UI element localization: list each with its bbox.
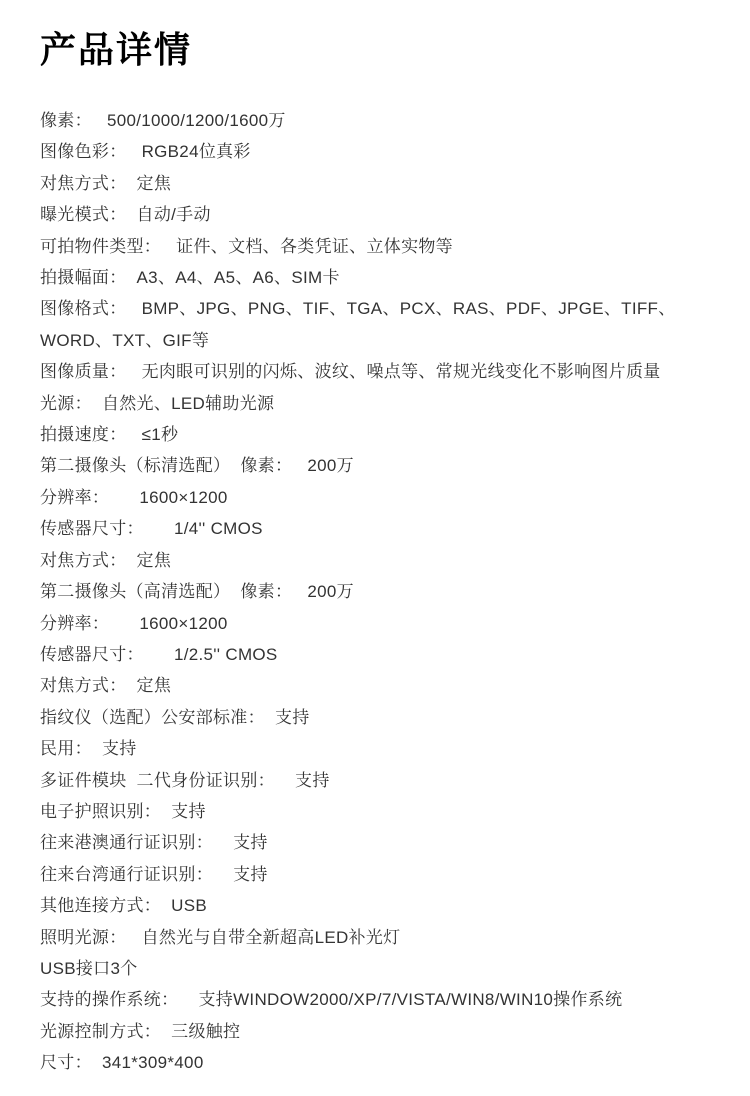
spec-line-sensor-size-sd: 传感器尺寸： 1/4'' CMOS: [40, 513, 710, 544]
spec-line-image-color: 图像色彩： RGB24位真彩: [40, 136, 710, 167]
spec-line-exposure-mode: 曝光模式： 自动/手动: [40, 199, 710, 230]
spec-list: 像素： 500/1000/1200/1600万 图像色彩： RGB24位真彩 对…: [40, 105, 710, 1079]
spec-line-image-quality: 图像质量： 无肉眼可识别的闪烁、波纹、噪点等、常规光线变化不影响图片质量: [40, 356, 710, 387]
spec-line-light-source: 光源： 自然光、LED辅助光源: [40, 388, 710, 419]
spec-line-resolution-hd: 分辨率： 1600×1200: [40, 608, 710, 639]
spec-line-civil-use: 民用： 支持: [40, 733, 710, 764]
spec-line-id-card-recognition: 多证件模块 二代身份证识别： 支持: [40, 765, 710, 796]
spec-line-fingerprint: 指纹仪（选配）公安部标准： 支持: [40, 702, 710, 733]
spec-line-sensor-size-hd: 传感器尺寸： 1/2.5'' CMOS: [40, 639, 710, 670]
spec-line-os-support: 支持的操作系统： 支持WINDOW2000/XP/7/VISTA/WIN8/WI…: [40, 984, 710, 1015]
page-title: 产品详情: [40, 28, 710, 72]
spec-line-object-types: 可拍物件类型： 证件、文档、各类凭证、立体实物等: [40, 231, 710, 262]
spec-line-image-formats: 图像格式： BMP、JPG、PNG、TIF、TGA、PCX、RAS、PDF、JP…: [40, 293, 710, 324]
spec-line-e-passport-recognition: 电子护照识别： 支持: [40, 796, 710, 827]
spec-line-hk-macau-permit: 往来港澳通行证识别： 支持: [40, 827, 710, 858]
spec-line-resolution-sd: 分辨率： 1600×1200: [40, 482, 710, 513]
spec-line-second-camera-sd: 第二摄像头（标清选配） 像素： 200万: [40, 450, 710, 481]
spec-line-image-formats-cont: WORD、TXT、GIF等: [40, 325, 710, 356]
spec-line-shooting-speed: 拍摄速度： ≤1秒: [40, 419, 710, 450]
spec-line-focus-mode-sd: 对焦方式： 定焦: [40, 545, 710, 576]
spec-line-illumination: 照明光源： 自然光与自带全新超高LED补光灯: [40, 922, 710, 953]
spec-line-usb-ports: USB接口3个: [40, 953, 710, 984]
product-detail-page: 产品详情 像素： 500/1000/1200/1600万 图像色彩： RGB24…: [0, 0, 750, 1096]
spec-line-focus-mode: 对焦方式： 定焦: [40, 168, 710, 199]
spec-line-focus-mode-hd: 对焦方式： 定焦: [40, 670, 710, 701]
spec-line-connection: 其他连接方式： USB: [40, 890, 710, 921]
spec-line-second-camera-hd: 第二摄像头（高清选配） 像素： 200万: [40, 576, 710, 607]
spec-line-dimensions: 尺寸： 341*309*400: [40, 1047, 710, 1078]
spec-line-pixels: 像素： 500/1000/1200/1600万: [40, 105, 710, 136]
spec-line-taiwan-permit: 往来台湾通行证识别： 支持: [40, 859, 710, 890]
spec-line-light-control: 光源控制方式： 三级触控: [40, 1016, 710, 1047]
spec-line-shooting-size: 拍摄幅面： A3、A4、A5、A6、SIM卡: [40, 262, 710, 293]
